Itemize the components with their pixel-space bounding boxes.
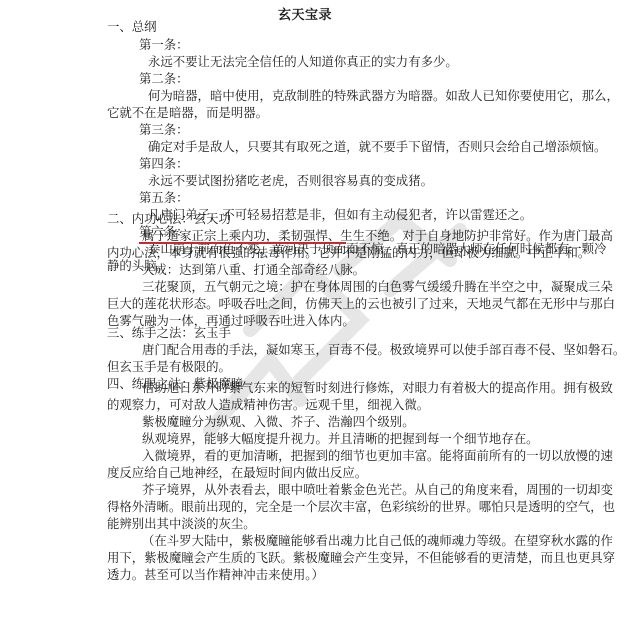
paragraph-line: 紫极魔瞳分为纵观、入微、芥子、浩瀚四个级别。 bbox=[142, 413, 415, 430]
section-heading-hand-art: 三、练手之法：玄玉手 bbox=[107, 324, 231, 341]
paragraph-line: 透力。甚至可以当作精神冲击来使用。） bbox=[107, 566, 324, 583]
section-heading-inner-art: 二、内功心法：玄天功 bbox=[107, 210, 231, 227]
paragraph-line: 得格外清晰。眼前出现的，完全是一个层次丰富，色彩缤纷的世界。哪怕只是透明的空气，… bbox=[107, 498, 615, 515]
paragraph-line: 但玄玉手是有极限的。 bbox=[107, 358, 231, 375]
paragraph-line: 大成：达到第八重、打通全部奇经八脉。 bbox=[142, 261, 365, 278]
paragraph-line: 入微境界，看的更加清晰，把握到的细节也更加丰富。能将面前所有的一切以放慢的速 bbox=[142, 447, 613, 464]
paragraph-line: 芥子境界，从外表看去，眼中喷吐着紫金色光芒。从自己的角度来看，周围的一切却变 bbox=[142, 481, 613, 498]
paragraph-line: 唐门配合用毒的手法，凝如寒玉，百毒不侵。极致境界可以使手部百毒不侵、坚如磐石。 bbox=[142, 341, 625, 358]
paragraph-line: （在斗罗大陆中，紫极魔瞳能够看出魂力比自己低的魂师魂力等级。在望穿秋水露的作 bbox=[142, 532, 613, 549]
paragraph-line: 能辨别出其中淡淡的灰尘。 bbox=[107, 515, 256, 532]
paragraph-line: 的观察力，可对敌人造成精神伤害。远观千里，细视入微。 bbox=[107, 396, 429, 413]
document-body-lower: 二、内功心法：玄天功 属于道家正宗上乘内功，柔韧强悍、生生不绝。对于自身地防护非… bbox=[0, 0, 640, 640]
paragraph-line: 纵观境界，能够大幅度提升视力。并且清晰的把握到每一个细节地存在。 bbox=[142, 430, 539, 447]
paragraph-line: 度反应给自己地神经，在最短时间内做出反应。 bbox=[107, 464, 367, 481]
paragraph-line: 借助旭日东升时紫气东来的短暂时刻进行修炼，对眼力有着极大的提高作用。拥有极致 bbox=[142, 379, 613, 396]
paragraph-line: 三花聚顶，五气朝元之境：护在身体周围的白色雾气缓缓升腾在半空之中，凝聚成三朵 bbox=[142, 278, 613, 295]
paragraph-line: 巨大的莲花状形态。呼吸吞吐之间，仿佛天上的云也被引了过来，天地灵气都在无形中与那… bbox=[107, 295, 615, 312]
paragraph-line: 用下，紫极魔瞳会产生质的飞跃。紫极魔瞳会产生变异，不但能够看的更清楚，而且也更具… bbox=[107, 549, 615, 566]
paragraph-line: 内功心法，本身就有很强的祛毒作用。它并不是刚猛的内力，但却极为细腻。中正平和。 bbox=[107, 244, 590, 261]
